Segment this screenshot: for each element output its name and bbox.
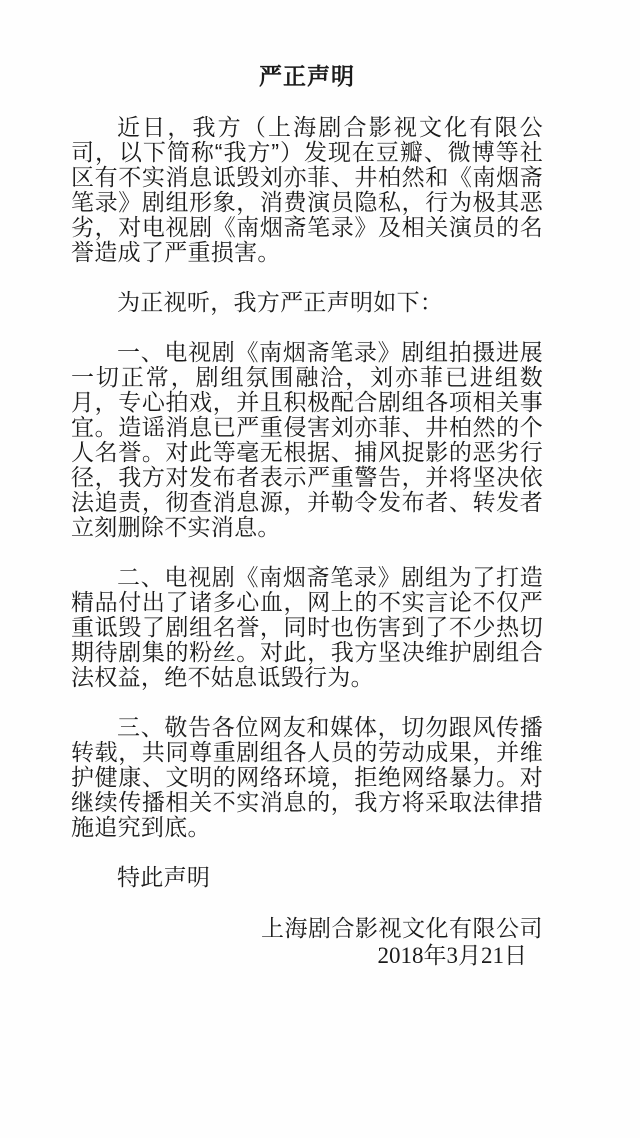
signature-date: 2018年3月21日 [71,943,543,969]
paragraph-intro: 近日，我方（上海剧合影视文化有限公司，以下简称“我方”）发现在豆瓣、微博等社区有… [71,115,543,265]
paragraph-point-2: 二、电视剧《南烟斋笔录》剧组为了打造精品付出了诸多心血，网上的不实言论不仅严重诋… [71,565,543,690]
signature-block: 上海剧合影视文化有限公司 2018年3月21日 [71,915,543,969]
paragraph-point-3: 三、敬告各位网友和媒体，切勿跟风传播转载，共同尊重剧组各人员的劳动成果，并维护健… [71,715,543,840]
statement-document: 严正声明 近日，我方（上海剧合影视文化有限公司，以下简称“我方”）发现在豆瓣、微… [0,0,640,1138]
paragraph-point-1: 一、电视剧《南烟斋笔录》剧组拍摄进展一切正常，剧组氛围融洽，刘亦菲已进组数月，专… [71,340,543,540]
document-title: 严正声明 [71,64,543,89]
closing-statement: 特此声明 [71,865,543,890]
signature-company-name: 上海剧合影视文化有限公司 [71,915,543,941]
paragraph-preamble: 为正视听，我方严正声明如下： [71,290,543,315]
